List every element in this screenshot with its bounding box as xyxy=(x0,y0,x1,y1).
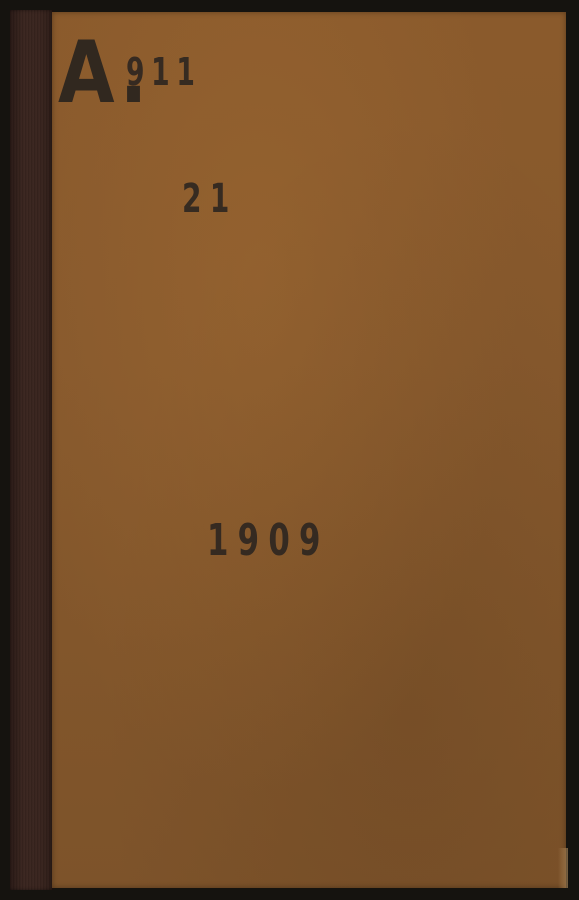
stamp-volume-number: 21 xyxy=(182,177,238,221)
stamp-year: 1909 xyxy=(207,517,330,565)
document-cover: A. 911 21 1909 xyxy=(52,12,566,888)
binding-spine xyxy=(10,10,54,890)
stamp-catalog-number: 911 xyxy=(126,52,201,92)
document-photo-frame: A. 911 21 1909 xyxy=(0,0,579,900)
